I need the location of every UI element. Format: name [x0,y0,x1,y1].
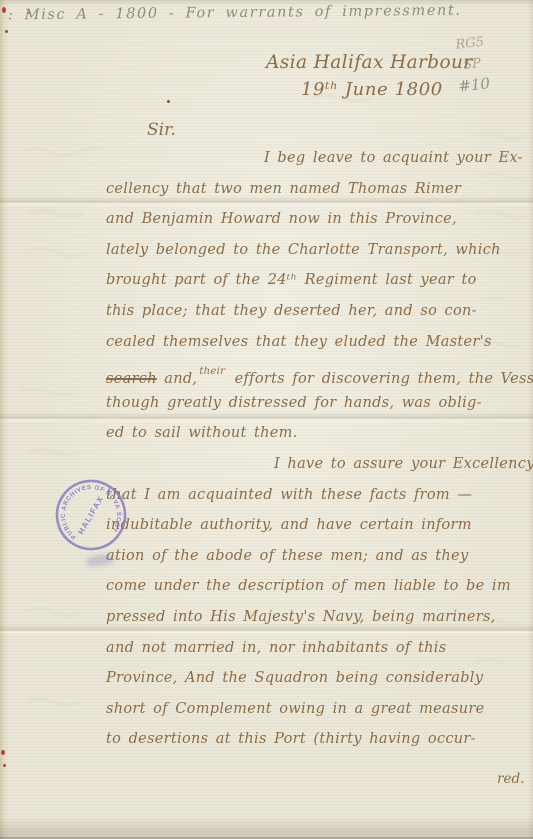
svg-text:PUBLIC ARCHIVES OF NOVA SCOTIA: PUBLIC ARCHIVES OF NOVA SCOTIA [25,449,126,547]
letter-body: I beg leave to acquaint your Ex-cellency… [106,143,526,755]
letter-line: come under the description of men liable… [106,571,526,602]
letter-line: to desertions at this Port (thirty havin… [106,724,526,755]
foxing-speck [1,750,5,755]
salutation: Sir. [147,120,176,140]
letter-line: cealed themselves that they eluded the M… [106,327,526,358]
letter-line: and not married in, nor inhabitants of t… [106,633,526,664]
letter-line: I have to assure your Excellency [106,449,526,480]
catchword: red. [497,771,524,787]
letter-line: indubitable authority, and have certain … [106,510,526,541]
letter-line: pressed into His Majesty's Navy, being m… [106,602,526,633]
letter-line: search and,their efforts for discovering… [106,357,526,388]
letter-line: this place; that they deserted her, and … [106,296,526,327]
paper-edge-right [527,0,533,839]
letter-line: cellency that two men named Thomas Rimer [106,174,526,205]
letter-line: though greatly distressed for hands, was… [106,388,526,419]
paper-edge-bottom [0,817,533,839]
letter-line: brought part of the 24ᵗʰ Regiment last y… [106,265,526,296]
letter-date-line: 19ᵗʰ June 1800 [301,79,443,100]
foxing-speck [5,30,8,33]
letter-place-line: Asia Halifax Harbour [266,52,473,73]
letter-line: and Benjamin Howard now in this Province… [106,204,526,235]
inserted-word: their [199,366,225,377]
scanned-letter-page: : Misc A - 1800 - For warrants of impres… [0,0,533,839]
foxing-speck [2,7,6,13]
letter-line: ed to sail without them. [106,418,526,449]
text-segment: and, [157,371,197,387]
struck-word: search [106,371,157,387]
ink-speck [167,100,170,103]
archivist-pencil-annotation: : Misc A - 1800 - For warrants of impres… [8,3,462,24]
letter-line: lately belonged to the Charlotte Transpo… [106,235,526,266]
letter-line: I beg leave to acquaint your Ex- [106,143,526,174]
letter-line: that I am acquainted with these facts fr… [106,480,526,511]
stamp-ring-text: PUBLIC ARCHIVES OF NOVA SCOTIA [25,449,126,547]
letter-line: ation of the abode of these men; and as … [106,541,526,572]
stamp-center-text: HALIFAX [76,494,105,536]
paper-edge-left [0,0,10,839]
foxing-speck [3,764,6,767]
letter-line: short of Complement owing in a great mea… [106,694,526,725]
text-segment: efforts for discovering them, the Vessel… [227,371,533,387]
letter-line: Province, And the Squadron being conside… [106,663,526,694]
reference-mark-number: #10 [453,73,495,98]
